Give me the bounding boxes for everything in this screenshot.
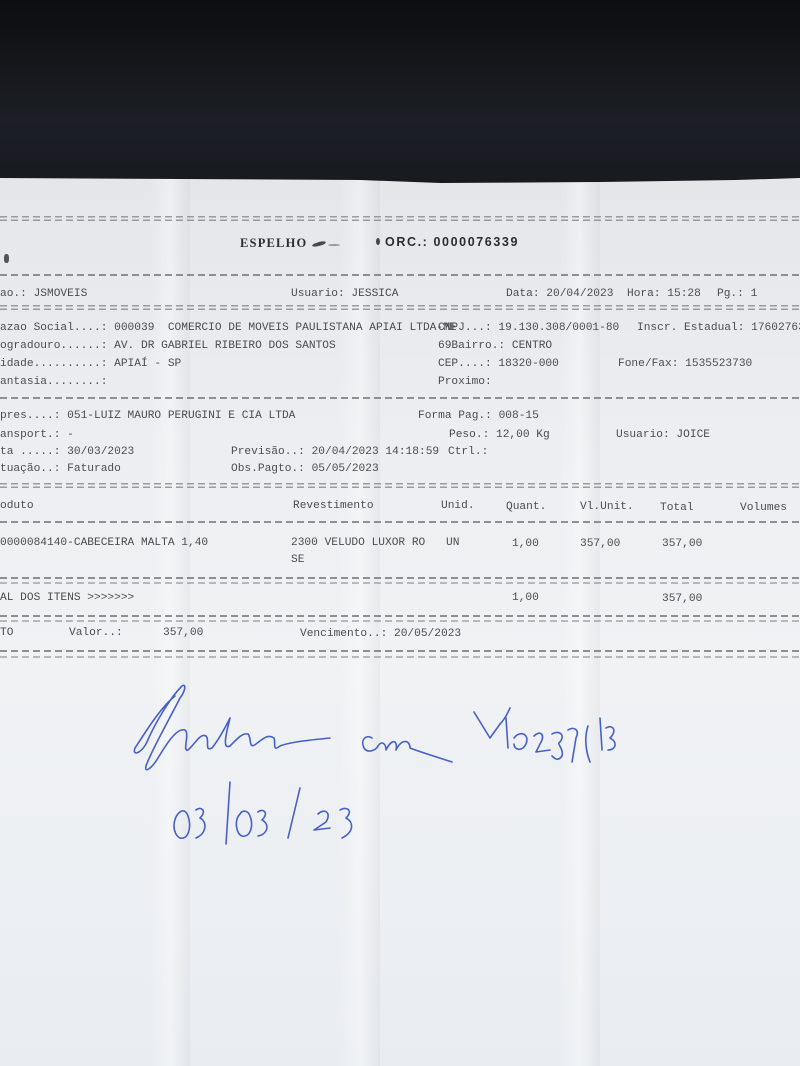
fone-fax: Fone/Fax: 1535523730 [618,358,752,370]
dark-background [0,0,800,200]
paper-fold [150,178,190,1066]
item-produto: 0000084140-CABECEIRA MALTA 1,40 [0,537,208,549]
pedido-data: ta .....: 30/03/2023 [0,446,134,458]
col-vl-unit: Vl.Unit. [580,501,634,513]
document-title: ESPELHO [240,236,307,251]
divider [0,397,800,399]
header-hora: Hora: 15:28 [627,288,701,300]
paper-fold [560,178,600,1066]
totals-label: AL DOS ITENS >>>>>>> [0,592,134,604]
divider [0,656,800,658]
divider [0,274,800,276]
peso: Peso.: 12,00 Kg [449,429,550,441]
col-total: Total [660,502,694,514]
fantasia: antasia........: [0,376,107,388]
bairro: 69Bairro.: CENTRO [438,340,552,352]
valor-label: Valor..: [69,627,123,639]
representante: pres....: 051-LUIZ MAURO PERUGINI E CIA … [0,410,295,422]
col-produto: oduto [0,500,34,512]
item-revestimento-cont: SE [291,554,304,566]
razao-social: azao Social....: 000039 COMERCIO DE MOVE… [0,322,457,334]
forma-pagamento: Forma Pag.: 008-15 [418,410,539,422]
emissao: ao.: JSMOVEIS [0,288,87,300]
totals-total: 357,00 [662,593,702,605]
divider [0,615,800,617]
ctrl: Ctrl.: [448,446,488,458]
divider [0,577,800,579]
ink-smudge [4,254,9,263]
inscricao-estadual: Inscr. Estadual: 17602763 [637,322,800,334]
pedido-usuario: Usuario: JOICE [616,429,710,441]
obs-pagto: Obs.Pagto.: 05/05/2023 [231,463,379,475]
ink-smudge [312,240,327,247]
order-number-value: 0000076339 [434,235,520,249]
divider [0,305,800,310]
cnpj: CNPJ...: 19.130.308/0001-80 [438,322,619,334]
previsao: Previsão..: 20/04/2023 14:18:59 [231,446,439,458]
divider [0,216,800,221]
divider [0,483,800,488]
ink-smudge [376,238,380,245]
handwritten-annotation [0,178,800,1066]
situacao: tuação..: Faturado [0,463,121,475]
cep: CEP....: 18320-000 [438,358,559,370]
item-total: 357,00 [662,538,702,550]
vencimento: Vencimento..: 20/05/2023 [300,628,461,640]
printed-receipt: ESPELHO ORC.: 0000076339 ao.: JSMOVEIS U… [0,178,800,1066]
totals-quant: 1,00 [512,592,539,604]
order-number-label: ORC.: [385,235,428,249]
col-revestimento: Revestimento [293,500,374,512]
item-revestimento: 2300 VELUDO LUXOR RO [291,537,425,549]
pagamento-label: TO [0,627,13,639]
divider [0,650,800,652]
proximo: Proximo: [438,376,492,388]
cidade: idade..........: APIAÍ - SP [0,358,181,370]
item-unid: UN [446,537,459,549]
col-volumes: Volumes [740,502,787,514]
transportadora: ansport.: - [0,429,74,441]
header-usuario: Usuario: JESSICA [291,288,398,300]
logradouro: ogradouro......: AV. DR GABRIEL RIBEIRO … [0,340,336,352]
col-unid: Unid. [441,500,475,512]
col-quant: Quant. [506,501,546,513]
divider [0,620,800,622]
divider [0,521,800,523]
divider [0,582,800,584]
ink-smudge [328,244,340,246]
header-data: Data: 20/04/2023 [506,288,613,300]
item-quant: 1,00 [512,538,539,550]
header-pagina: Pg.: 1 [717,288,757,300]
item-vl-unit: 357,00 [580,538,620,550]
paper-fold [340,178,380,1066]
order-number: ORC.: 0000076339 [385,235,519,249]
valor: 357,00 [163,627,203,639]
